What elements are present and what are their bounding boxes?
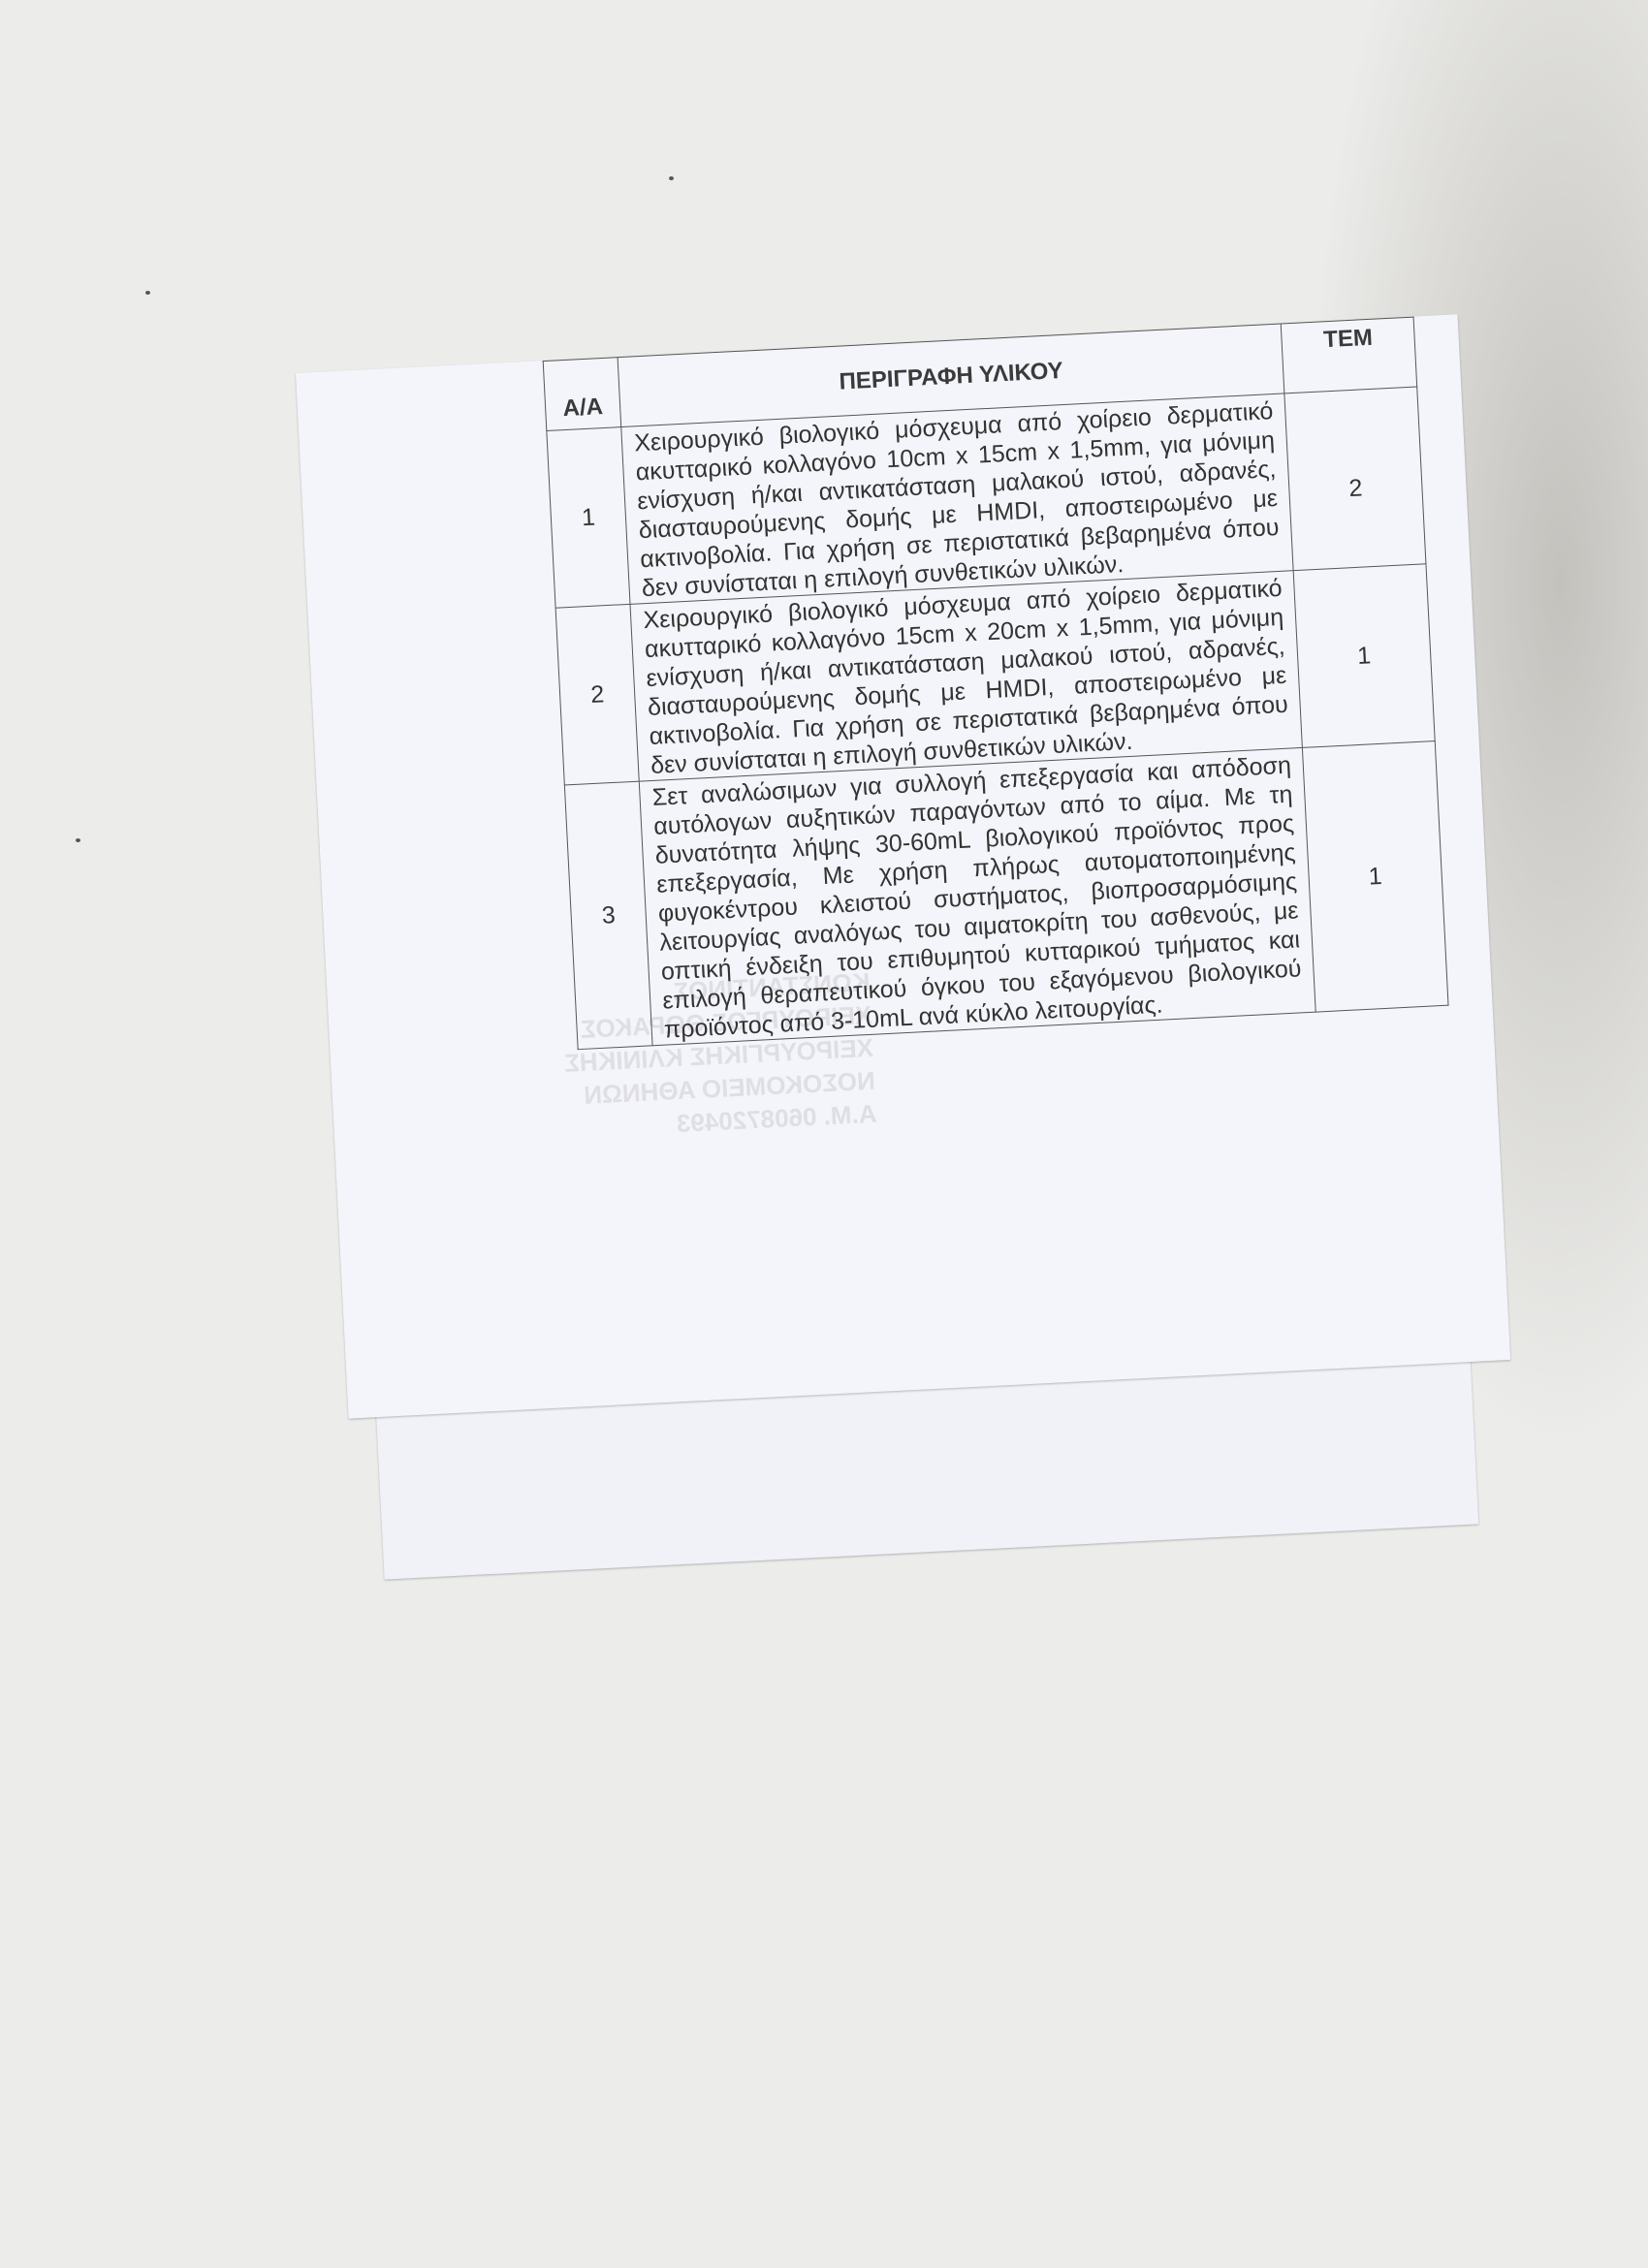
table-row: 3 Σετ αναλώσιμων για συλλογή επεξεργασία… — [564, 741, 1448, 1050]
dust-speck — [145, 291, 150, 295]
row-quantity: 2 — [1284, 387, 1426, 571]
row-quantity: 1 — [1302, 741, 1448, 1013]
dust-speck — [76, 838, 80, 842]
row-description: Χειρουργικό βιολογικό μόσχευμα από χοίρε… — [621, 394, 1293, 604]
header-aa: Α/Α — [543, 358, 621, 431]
row-number: 2 — [555, 604, 639, 785]
dust-speck — [669, 176, 674, 180]
row-description: Χειρουργικό βιολογικό μόσχευμα από χοίρε… — [630, 571, 1302, 781]
document-page: ΚΩΝΣΤΑΝΤΙΝΟΣ ΧΕΙΡΟΥΡΓΟΣ ΘΩΡΑΚΟΣ ΧΕΙΡΟΥΡΓ… — [296, 314, 1510, 1418]
header-quantity: ΤΕΜ — [1281, 317, 1416, 394]
row-number: 1 — [547, 427, 630, 609]
materials-table: Α/Α ΠΕΡΙΓΡΑΦΗ ΥΛΙΚΟΥ ΤΕΜ 1 Χειρουργικό β… — [543, 317, 1449, 1051]
row-quantity: 1 — [1293, 564, 1435, 748]
row-number: 3 — [564, 781, 652, 1050]
row-description: Σετ αναλώσιμων για συλλογή επεξεργασία κ… — [639, 747, 1315, 1045]
